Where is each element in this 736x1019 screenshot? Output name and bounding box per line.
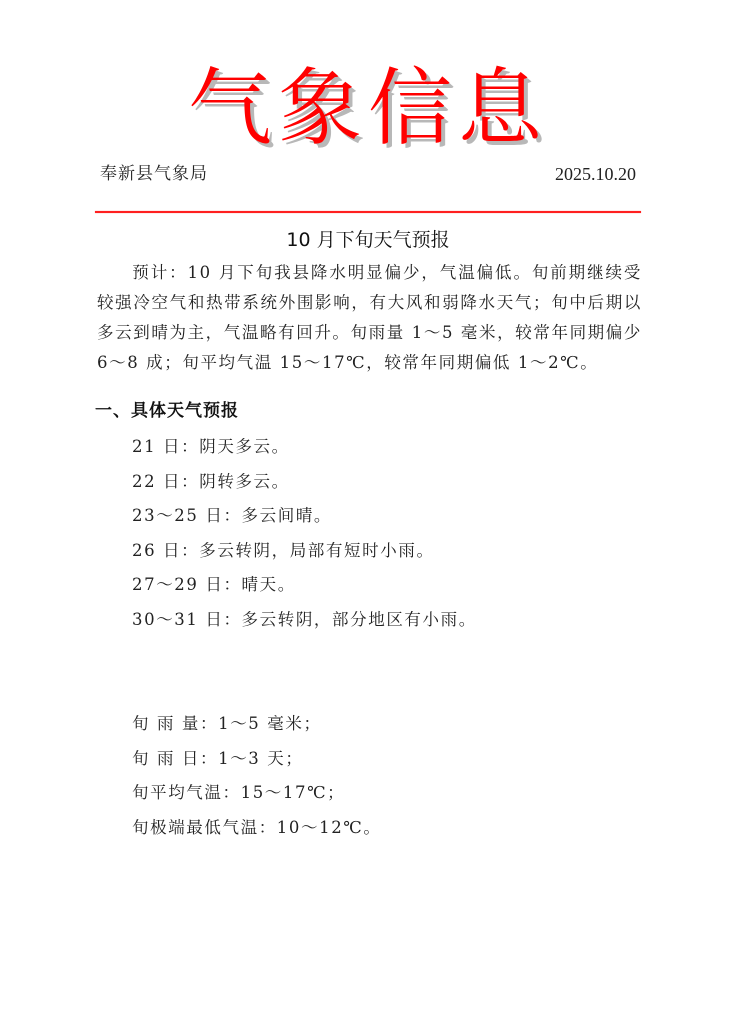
forecast-summary-text: 预计：10 月下旬我县降水明显偏少，气温偏低。旬前期继续受较强冷空气和热带系统外…	[97, 263, 642, 372]
forecast-summary-paragraph: 预计：10 月下旬我县降水明显偏少，气温偏低。旬前期继续受较强冷空气和热带系统外…	[97, 258, 642, 378]
summary-item-rain-days: 旬 雨 日：1～3 天；	[132, 742, 381, 777]
document-title: 10 月下旬天气预报	[0, 227, 736, 253]
issue-date: 2025.10.20	[555, 163, 636, 185]
daily-forecast-item: 27～29 日：晴天。	[132, 568, 477, 603]
summary-label: 旬平均气温	[132, 783, 223, 802]
daily-forecast-item: 21 日：阴天多云。	[132, 430, 477, 465]
forecast-text: ：多云转阴，局部有短时小雨。	[181, 541, 434, 560]
summary-item-mean-temp: 旬平均气温：15～17℃；	[132, 776, 381, 811]
daily-forecast-item: 26 日：多云转阴，局部有短时小雨。	[132, 534, 477, 569]
forecast-day: 30～31 日	[132, 610, 223, 629]
issuer-name: 奉新县气象局	[100, 163, 208, 185]
forecast-text: ：阴天多云。	[181, 437, 290, 456]
summary-value: ：15～17℃；	[223, 783, 346, 802]
summary-item-rainfall: 旬 雨 量：1～5 毫米；	[132, 707, 381, 742]
summary-value: ：1～3 天；	[200, 749, 303, 768]
forecast-text: ：晴天。	[223, 575, 295, 594]
summary-label: 旬极端最低气温	[132, 818, 259, 837]
summary-value: ：1～5 毫米；	[200, 714, 322, 733]
daily-forecast-list: 21 日：阴天多云。 22 日：阴转多云。 23～25 日：多云间晴。 26 日…	[132, 430, 477, 638]
forecast-day: 22 日	[132, 472, 181, 491]
summary-value: ：10～12℃。	[259, 818, 382, 837]
section-heading-daily-forecast: 一、具体天气预报	[95, 398, 239, 424]
forecast-text: ：多云转阴，部分地区有小雨。	[223, 610, 476, 629]
forecast-text: ：多云间晴。	[223, 506, 332, 525]
masthead-title: 气象信息	[0, 58, 736, 158]
forecast-text: ：阴转多云。	[181, 472, 290, 491]
daily-forecast-item: 23～25 日：多云间晴。	[132, 499, 477, 534]
forecast-day: 23～25 日	[132, 506, 223, 525]
forecast-day: 21 日	[132, 437, 181, 456]
summary-item-min-temp: 旬极端最低气温：10～12℃。	[132, 811, 381, 846]
forecast-day: 26 日	[132, 541, 181, 560]
daily-forecast-item: 30～31 日：多云转阴，部分地区有小雨。	[132, 603, 477, 638]
summary-label: 旬 雨 日	[132, 749, 200, 768]
forecast-day: 27～29 日	[132, 575, 223, 594]
daily-forecast-item: 22 日：阴转多云。	[132, 465, 477, 500]
summary-label: 旬 雨 量	[132, 714, 200, 733]
dekad-summary-list: 旬 雨 量：1～5 毫米； 旬 雨 日：1～3 天； 旬平均气温：15～17℃；…	[132, 707, 381, 845]
red-divider	[95, 211, 641, 213]
